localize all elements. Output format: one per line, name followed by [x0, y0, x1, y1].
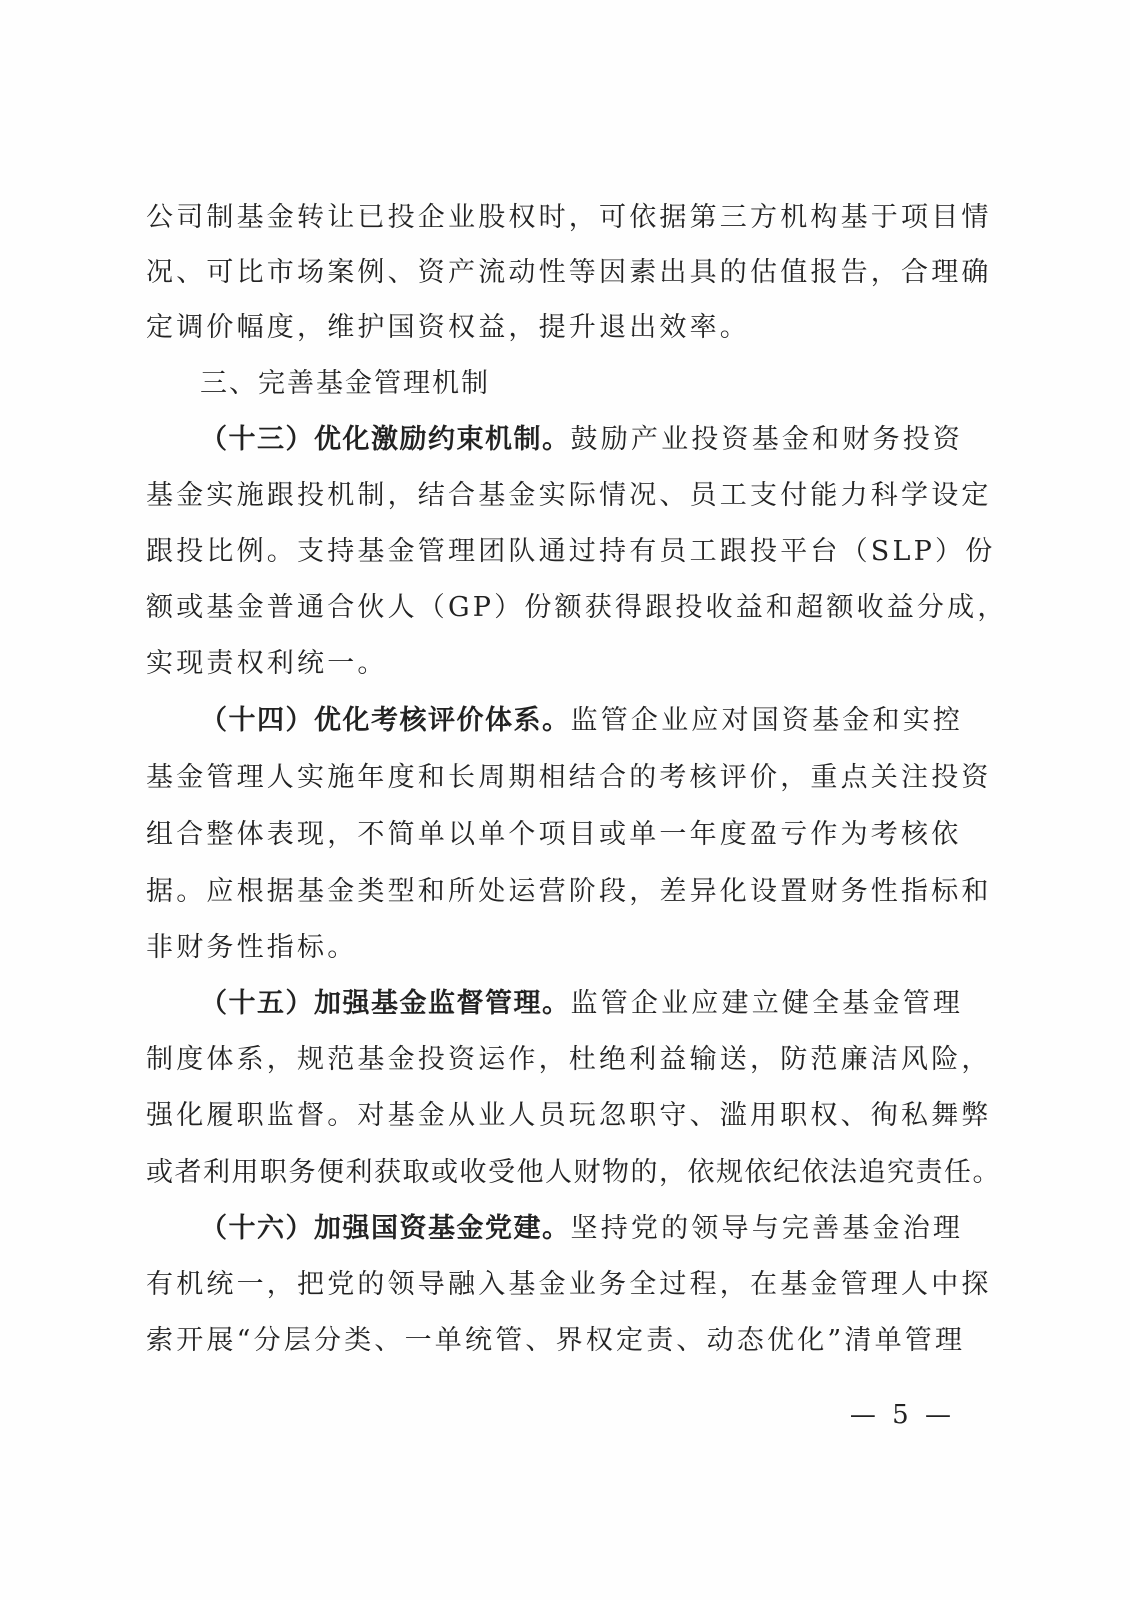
text-line: 组合整体表现，不简单以单个项目或单一年度盈亏作为考核依	[146, 817, 966, 853]
section-heading: 三、完善基金管理机制	[200, 366, 966, 402]
item-number: （十三）	[200, 424, 314, 455]
text-line: 据。应根据基金类型和所处运营阶段，差异化设置财务性指标和	[146, 874, 966, 910]
text-line: 基金管理人实施年度和长周期相结合的考核评价，重点关注投资	[146, 760, 966, 796]
text-line: 索开展“分层分类、一单统管、界权定责、动态优化”清单管理	[146, 1323, 966, 1359]
text-line: 额或基金普通合伙人（GP）份额获得跟投收益和超额收益分成，	[146, 590, 966, 626]
item-title: 加强国资基金党建。	[314, 1213, 571, 1244]
document-page: 公司制基金转让已投企业股权时，可依据第三方机构基于项目情 况、可比市场案例、资产…	[0, 0, 1130, 1600]
item-title: 优化激励约束机制。	[314, 424, 571, 455]
item-text: 监管企业应对国资基金和实控	[571, 705, 964, 736]
text-line: 基金实施跟投机制，结合基金实际情况、员工支付能力科学设定	[146, 478, 966, 514]
page-number: — 5 —	[850, 1400, 955, 1430]
text-line: 公司制基金转让已投企业股权时，可依据第三方机构基于项目情	[146, 200, 966, 236]
item-number: （十五）	[200, 988, 314, 1019]
item-14-first-line: （十四）优化考核评价体系。监管企业应对国资基金和实控	[200, 703, 966, 739]
item-text: 坚持党的领导与完善基金治理	[571, 1213, 964, 1244]
text-line: 定调价幅度，维护国资权益，提升退出效率。	[146, 310, 966, 346]
item-13-first-line: （十三）优化激励约束机制。鼓励产业投资基金和财务投资	[200, 422, 966, 458]
item-title: 优化考核评价体系。	[314, 705, 571, 736]
text-line: 非财务性指标。	[146, 930, 966, 966]
item-15-first-line: （十五）加强基金监督管理。监管企业应建立健全基金管理	[200, 986, 966, 1022]
text-line: 跟投比例。支持基金管理团队通过持有员工跟投平台（SLP）份	[146, 534, 966, 570]
item-text: 监管企业应建立健全基金管理	[571, 988, 964, 1019]
item-title: 加强基金监督管理。	[314, 988, 571, 1019]
text-line: 有机统一，把党的领导融入基金业务全过程，在基金管理人中探	[146, 1267, 966, 1303]
text-line: 制度体系，规范基金投资运作，杜绝利益输送，防范廉洁风险，	[146, 1042, 966, 1078]
item-number: （十四）	[200, 705, 314, 736]
text-line: 实现责权利统一。	[146, 646, 966, 682]
item-text: 鼓励产业投资基金和财务投资	[571, 424, 964, 455]
text-line: 或者利用职务便利获取或收受他人财物的，依规依纪依法追究责任。	[146, 1155, 966, 1191]
item-number: （十六）	[200, 1213, 314, 1244]
text-line: 况、可比市场案例、资产流动性等因素出具的估值报告，合理确	[146, 255, 966, 291]
item-16-first-line: （十六）加强国资基金党建。坚持党的领导与完善基金治理	[200, 1211, 966, 1247]
text-line: 强化履职监督。对基金从业人员玩忽职守、滥用职权、徇私舞弊	[146, 1098, 966, 1134]
